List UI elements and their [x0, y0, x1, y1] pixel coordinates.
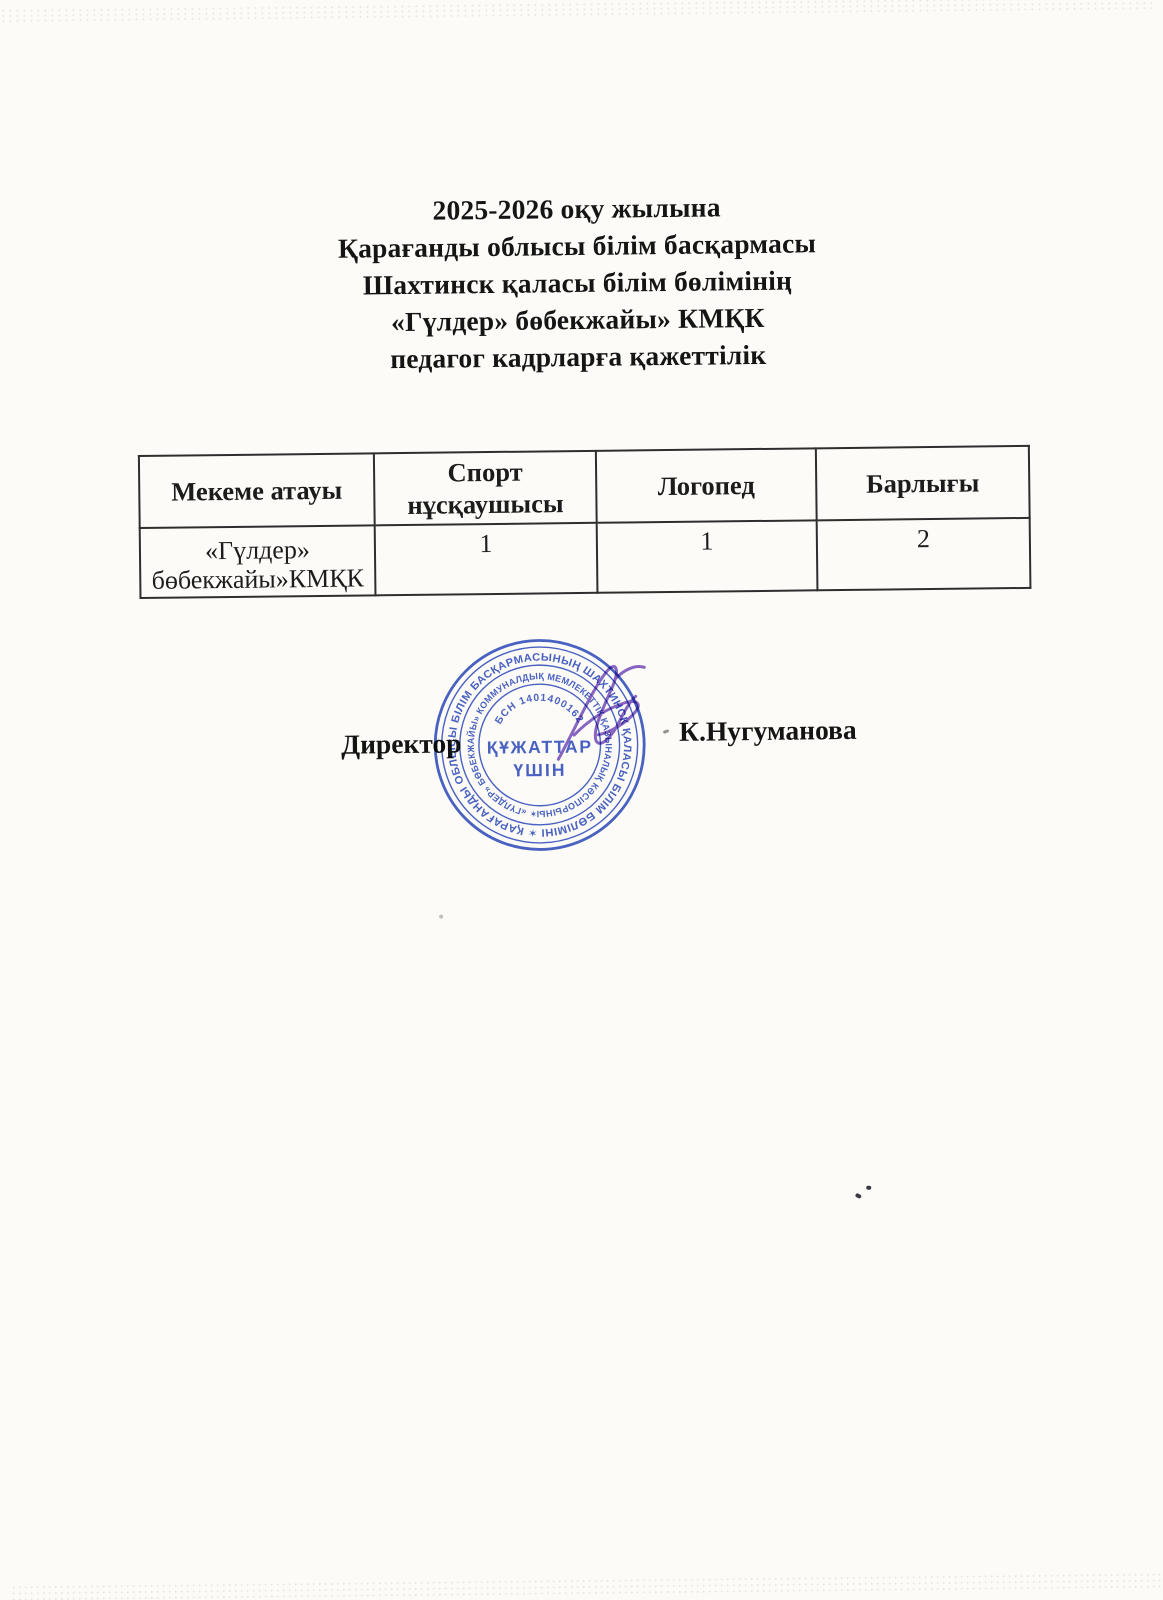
header-cell-speech-therapist: Логопед: [596, 448, 817, 522]
director-name: К.Нугуманова: [679, 714, 857, 748]
header-cell-sport-instructor: Спорт нұсқаушысы: [374, 451, 597, 526]
ink-speck: [439, 915, 443, 919]
header-cell-institution: Мекеме атауы: [139, 453, 375, 528]
signature-stroke-flick: [615, 666, 644, 678]
cell-total-count: 2: [817, 518, 1031, 590]
table-row: «Гүлдер» бөбекжайы»КМҚК 1 1 2: [140, 518, 1031, 598]
cell-sport-instructor-count: 1: [375, 523, 598, 596]
cell-institution-name: «Гүлдер» бөбекжайы»КМҚК: [140, 525, 376, 598]
ink-speck: [866, 1186, 871, 1190]
document-title-block: 2025-2026 оқу жылына Қарағанды облысы бі…: [0, 183, 1160, 381]
document-sheet: 2025-2026 оқу жылына Қарағанды облысы бі…: [0, 0, 1163, 1600]
signature-stroke-main: [557, 666, 636, 759]
staff-needs-table: Мекеме атауы Спорт нұсқаушысы Логопед Ба…: [138, 445, 1032, 599]
table-header-row: Мекеме атауы Спорт нұсқаушысы Логопед Ба…: [139, 446, 1030, 528]
ink-tick: [663, 729, 670, 734]
scan-noise-top: [0, 0, 1156, 23]
scan-noise-bottom: [11, 1571, 1163, 1600]
cell-speech-therapist-count: 1: [597, 520, 818, 592]
header-cell-total: Барлығы: [816, 446, 1030, 520]
signature-icon: [545, 654, 656, 780]
ink-speck: [855, 1193, 862, 1199]
